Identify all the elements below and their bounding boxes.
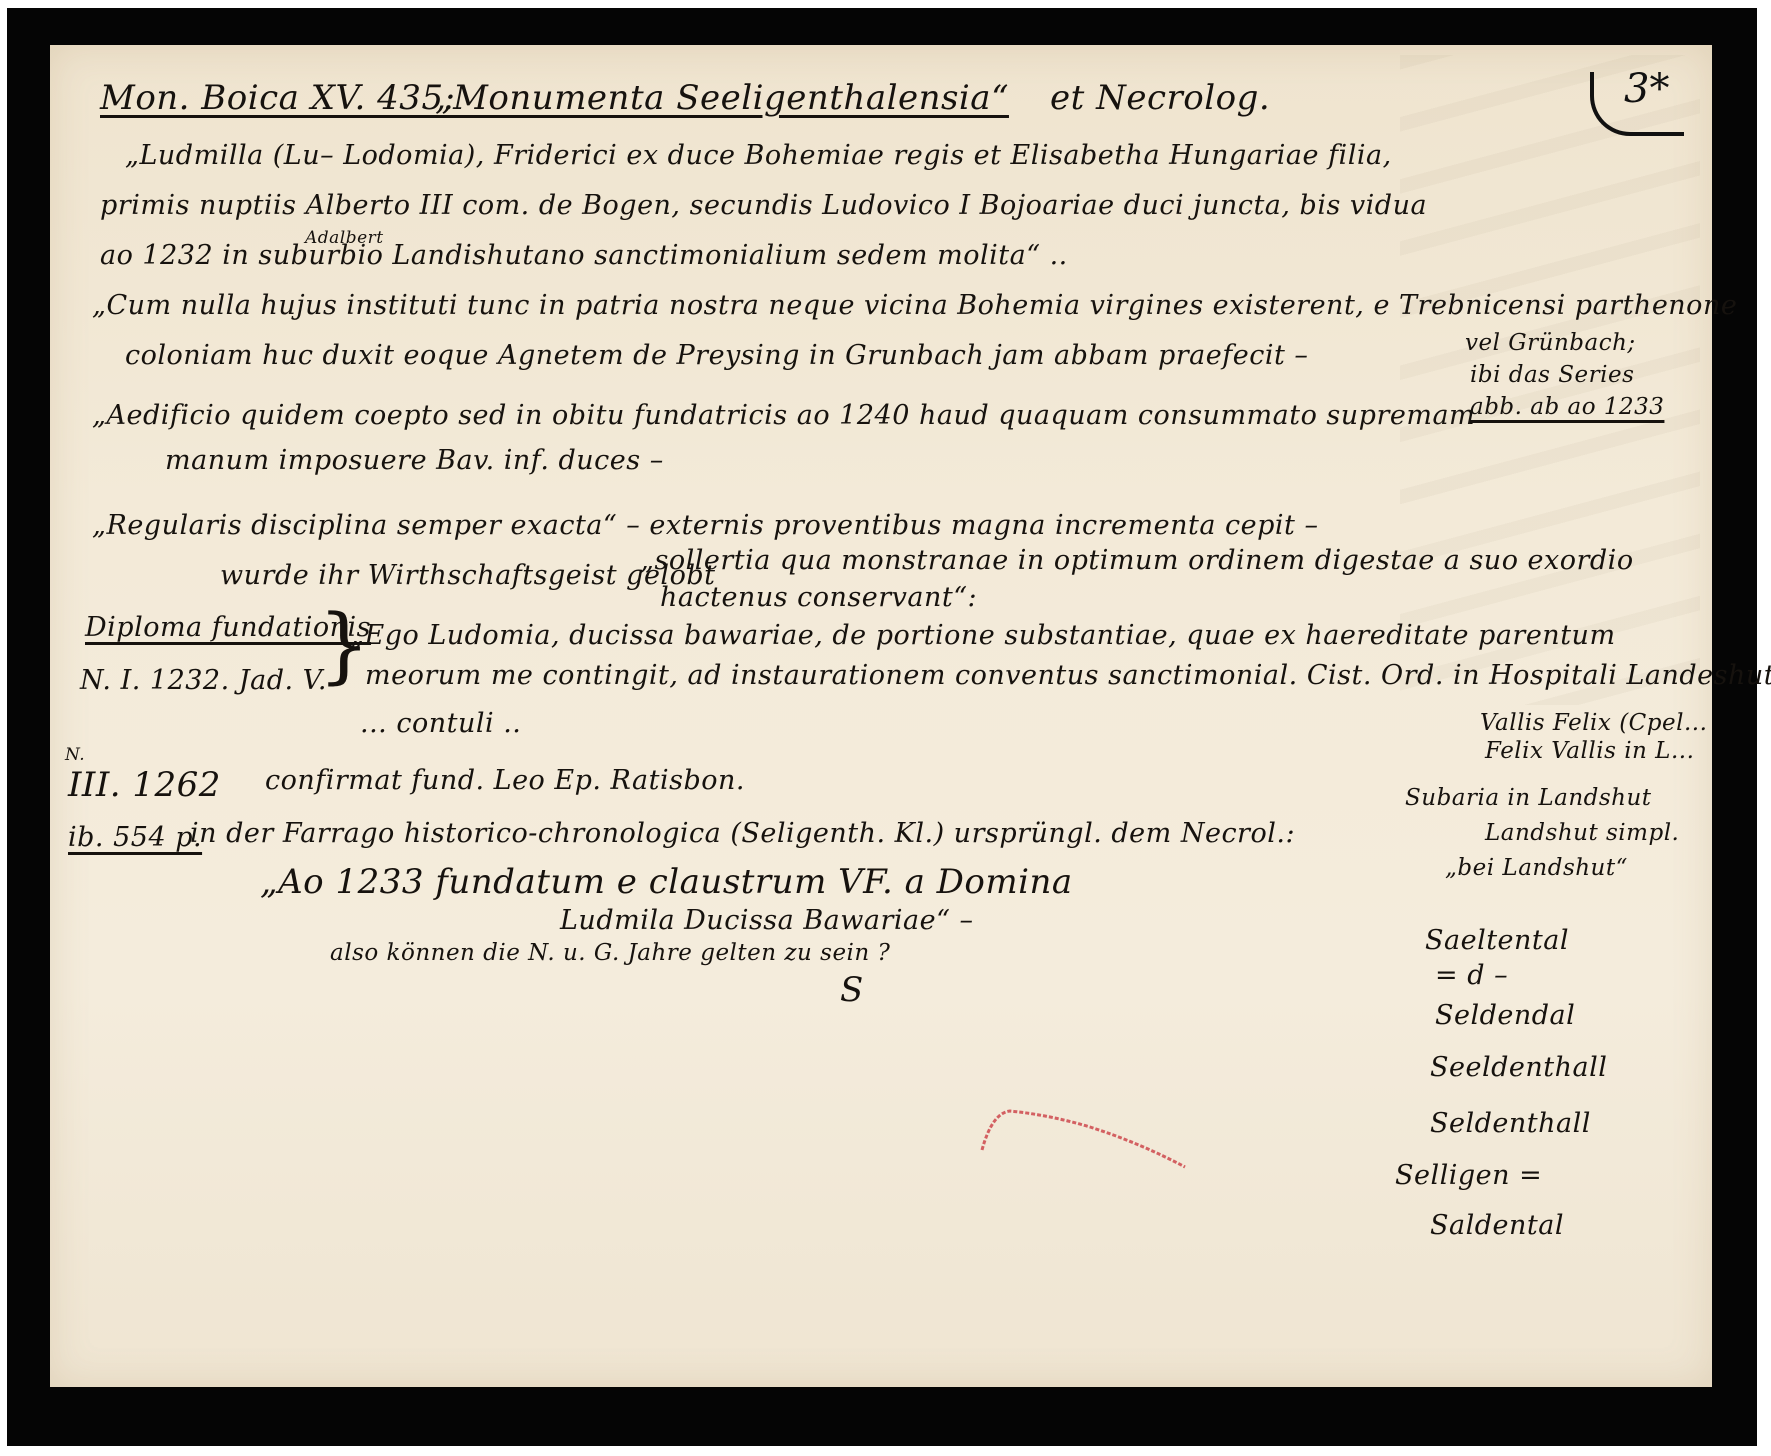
body-line-11: hactenus conservant“: [660, 582, 977, 613]
body-line-4: „Cum nulla hujus instituti tunc in patri… [92, 290, 1737, 321]
farrago-quote-2: Ludmila Ducissa Bawariae“ – [560, 905, 974, 936]
body-line-10: „sollertia qua monstranae in optimum ord… [640, 545, 1634, 576]
page-number: 3* [1624, 66, 1669, 112]
n3-label: III. 1262 [68, 765, 221, 805]
name-variant-2: = d – [1435, 960, 1508, 991]
body-line-5: coloniam huc duxit eoque Agnetem de Prey… [125, 340, 1308, 371]
farrago-quote-1: „Ao 1233 fundatum e claustrum VF. a Domi… [260, 862, 1073, 902]
margin-subaria-2: Landshut simpl. [1485, 820, 1679, 846]
body-line-1: „Ludmilla (Lu– Lodomia), Friderici ex du… [125, 140, 1392, 171]
margin-vallis-1: Vallis Felix (Cpel... [1480, 710, 1707, 736]
margin-grunbach-3: abb. ab ao 1233 [1470, 394, 1664, 420]
diploma-text-2: meorum me contingit, ad instaurationem c… [365, 660, 1771, 691]
body-line-7: manum imposuere Bav. inf. duces – [165, 445, 664, 476]
header-title-quote: „Monumenta Seeligenthalensia“ [435, 78, 1009, 118]
source-reference: Mon. Boica XV. 435: [100, 78, 456, 118]
body-line-6: „Aedificio quidem coepto sed in obitu fu… [92, 400, 1475, 431]
body-line-8: „Regularis disciplina semper exacta“ – e… [92, 510, 1318, 541]
diploma-text-1: „Ego Ludomia, ducissa bawariae, de porti… [350, 620, 1616, 651]
name-variant-7: Saldental [1430, 1210, 1564, 1241]
body-line-3: ao 1232 in suburbio Landishutano sanctim… [100, 240, 1068, 271]
name-variant-1: Saeltental [1425, 925, 1569, 956]
header-title: „Monumenta Seeligenthalensia“ [435, 78, 1009, 118]
margin-subaria-1: Subaria in Landshut [1405, 785, 1652, 811]
diploma-text-3: ... contuli .. [360, 708, 521, 739]
name-variant-3: Seldendal [1435, 1000, 1575, 1031]
farrago-text: in der Farrago historico-chronologica (S… [190, 818, 1295, 849]
margin-vallis-2: Felix Vallis in L... [1485, 738, 1694, 764]
farrago-label: ib. 554 p. [68, 822, 202, 853]
question-line: also können die N. u. G. Jahre gelten zu… [330, 940, 890, 966]
body-line-2: primis nuptiis Alberto III com. de Bogen… [100, 190, 1427, 221]
page-number-mark: 3* [1590, 72, 1684, 136]
signature: S [840, 970, 864, 1010]
margin-grunbach-2: ibi das Series [1470, 362, 1634, 388]
n3-label-top: N. [65, 745, 85, 765]
red-pencil-mark [980, 1105, 1190, 1175]
diploma-number: N. I. 1232. Jad. V. [80, 665, 327, 696]
name-variant-6: Selligen = [1395, 1160, 1542, 1191]
name-variant-5: Seldenthall [1430, 1108, 1591, 1139]
name-variant-4: Seeldenthall [1430, 1052, 1607, 1083]
margin-grunbach-1: vel Grünbach; [1465, 330, 1636, 356]
header-note: et Necrolog. [1050, 78, 1270, 118]
margin-subaria-3: „bei Landshut“ [1445, 855, 1628, 881]
n3-text: confirmat fund. Leo Ep. Ratisbon. [265, 765, 745, 796]
